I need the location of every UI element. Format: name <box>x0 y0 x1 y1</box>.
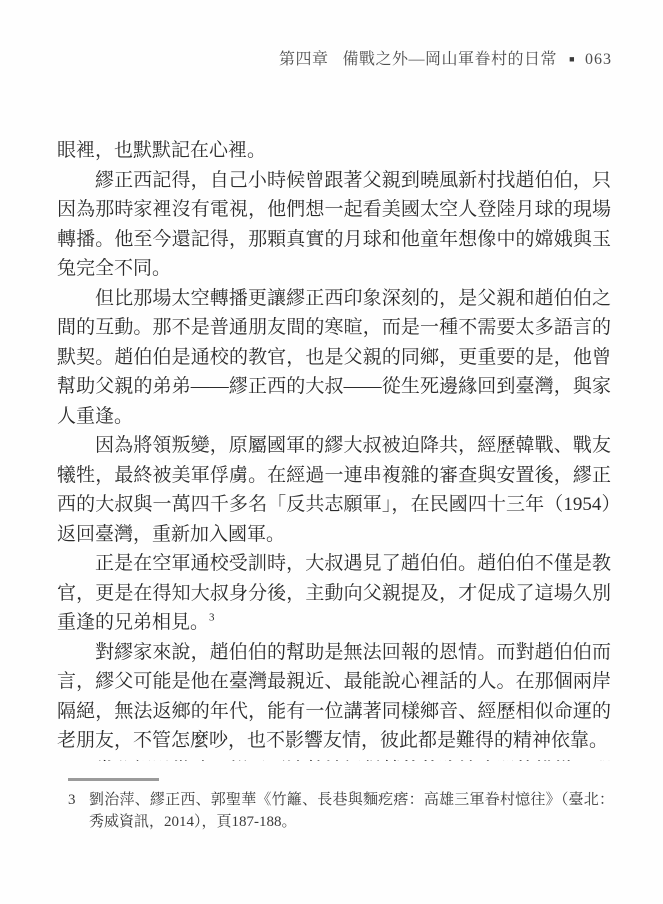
footnote-text: 劉治萍、繆正西、郭聖華《竹籬、長巷與麵疙瘩：高雄三軍眷村憶往》（臺北：秀威資訊，… <box>89 789 614 833</box>
chapter-label: 第四章 <box>279 51 329 68</box>
paragraph: 正是在空軍通校受訓時，大叔遇見了趙伯伯。趙伯伯不僅是教官，更是在得知大叔身分後，… <box>57 549 611 638</box>
chapter-title: 備戰之外—岡山軍眷村的日常 <box>343 51 558 68</box>
footnote-divider <box>68 778 159 781</box>
square-bullet-icon: ■ <box>569 54 575 64</box>
paragraph: 對繆家來說，趙伯伯的幫助是無法回報的恩情。而對趙伯伯而言，繆父可能是他在臺灣最親… <box>57 638 611 756</box>
footnote-number: 3 <box>68 789 89 833</box>
footnote-ref: 3 <box>209 612 215 624</box>
running-header: 第四章備戰之外—岡山軍眷村的日常■063 <box>0 46 612 69</box>
page-number: 063 <box>585 51 612 68</box>
body-text: 眼裡，也默默記在心裡。繆正西記得，自己小時候曾跟著父親到曉風新村找趙伯伯，只因為… <box>57 136 611 761</box>
paragraph: 當父親過世時，繆正西清楚地記得趙伯伯跪地痛哭的模樣，那一句「老繆，你怎麼就這樣丟… <box>57 756 611 762</box>
paragraph: 眼裡，也默默記在心裡。 <box>57 136 611 166</box>
footnote: 3 劉治萍、繆正西、郭聖華《竹籬、長巷與麵疙瘩：高雄三軍眷村憶往》（臺北：秀威資… <box>68 789 614 833</box>
footnote-area: 3 劉治萍、繆正西、郭聖華《竹籬、長巷與麵疙瘩：高雄三軍眷村憶往》（臺北：秀威資… <box>68 778 614 833</box>
paragraph: 繆正西記得，自己小時候曾跟著父親到曉風新村找趙伯伯，只因為那時家裡沒有電視，他們… <box>57 166 611 284</box>
book-page: 第四章備戰之外—岡山軍眷村的日常■063 眼裡，也默默記在心裡。繆正西記得，自己… <box>0 0 663 904</box>
paragraph: 但比那場太空轉播更讓繆正西印象深刻的，是父親和趙伯伯之間的互動。那不是普通朋友間… <box>57 284 611 432</box>
paragraph: 因為將領叛變，原屬國軍的繆大叔被迫降共，經歷韓戰、戰友犧牲，最終被美軍俘虜。在經… <box>57 431 611 549</box>
